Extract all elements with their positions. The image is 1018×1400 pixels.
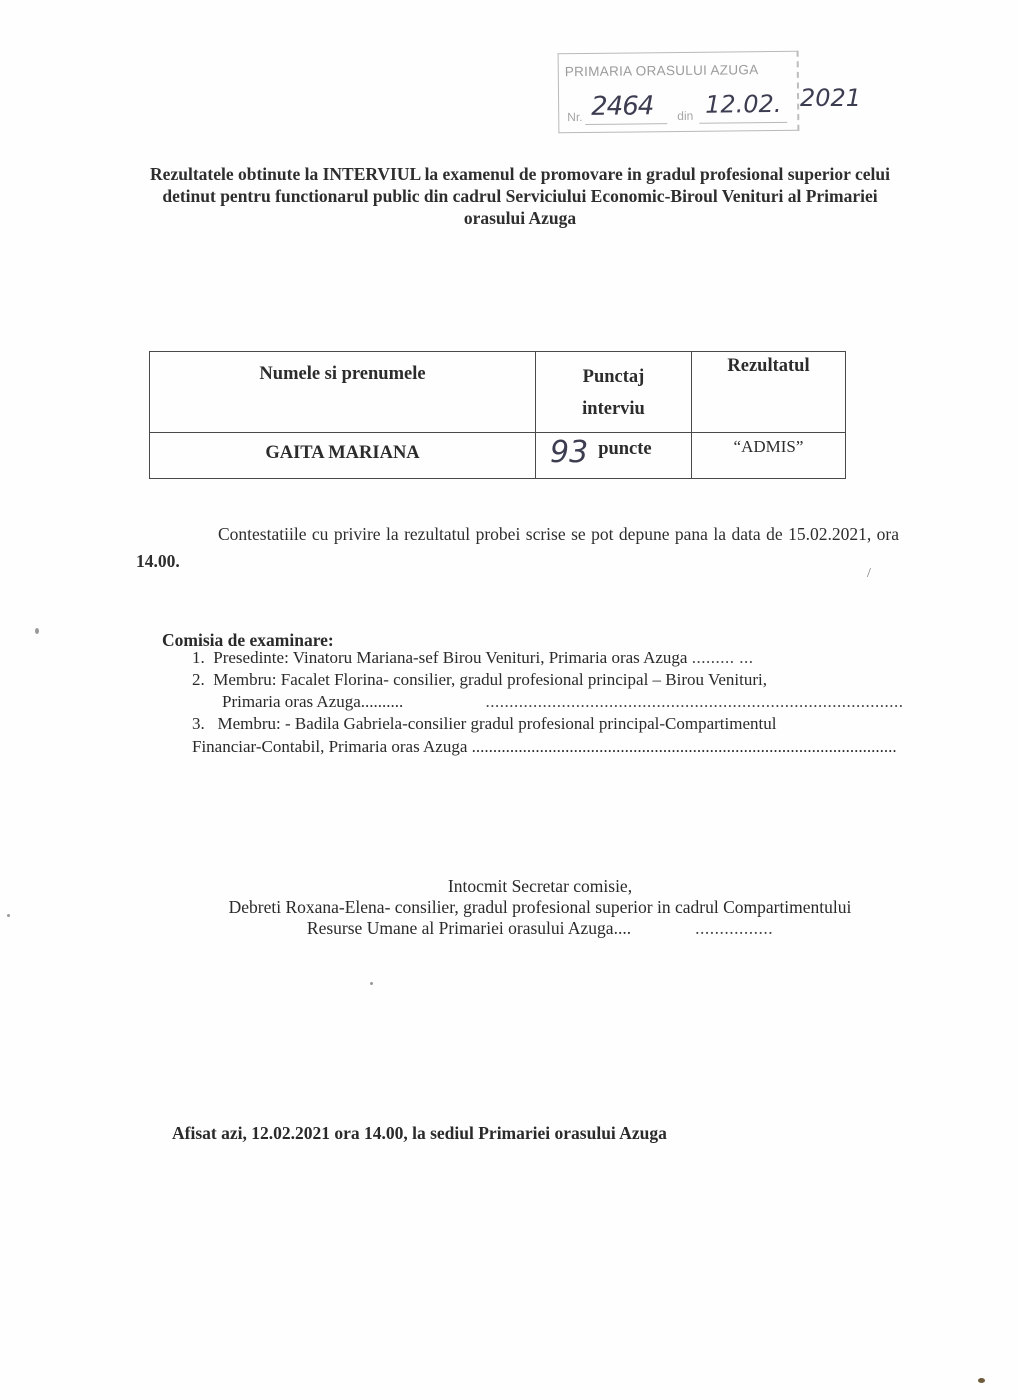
stamp-registration-number: 2464 [591,91,653,122]
stamp-registration-date: 12.02. [705,90,782,119]
cell-score: 93puncte [536,433,692,479]
commission-member-3-cont: Financiar-Contabil, Primaria oras Azuga … [192,737,897,757]
handwritten-score: 93 [550,435,588,470]
scan-speck [35,628,39,634]
registration-stamp: PRIMARIA ORASULUI AZUGA Nr. 2464 din 12.… [558,51,800,134]
scan-speck [7,914,10,917]
header-result: Rezultatul [692,352,846,433]
results-table: Numele si prenumele Punctajinterviu Rezu… [149,351,846,479]
stamp-nr-underline [585,123,667,125]
table-header-row: Numele si prenumele Punctajinterviu Rezu… [150,352,846,433]
appeals-paragraph: Contestatiile cu privire la rezultatul p… [136,521,899,575]
header-score: Punctajinterviu [536,352,692,433]
table-row: GAITA MARIANA 93puncte “ADMIS” [150,433,846,479]
commission-member-1: 1. Presedinte: Vinatoru Mariana-sef Biro… [192,648,753,668]
stray-mark: / [867,566,871,582]
commission-member-3: 3. Membru: - Badila Gabriela-consilier g… [192,714,776,734]
secretary-department: Resurse Umane al Primariei orasului Azug… [160,918,920,939]
commission-member-2: 2. Membru: Facalet Florina- consilier, g… [192,670,902,690]
commission-member-2-cont: Primaria oras Azuga.......... ..........… [222,692,904,712]
document-title: Rezultatele obtinute la INTERVIUL la exa… [140,163,900,229]
header-name: Numele si prenumele [150,352,536,433]
stamp-registration-year: 2021 [800,84,861,112]
stamp-din-label: din [677,109,693,123]
cell-result: “ADMIS” [692,433,846,479]
scan-speck [978,1378,985,1383]
cell-name: GAITA MARIANA [150,433,536,479]
stamp-institution: PRIMARIA ORASULUI AZUGA [565,62,759,79]
secretary-name: Debreti Roxana-Elena- consilier, gradul … [160,897,920,918]
secretary-heading: Intocmit Secretar comisie, [160,876,920,897]
secretary-section: Intocmit Secretar comisie, Debreti Roxan… [160,876,920,939]
stamp-nr-label: Nr. [567,110,582,124]
scan-speck [370,982,373,985]
stamp-date-underline [699,122,787,124]
posted-notice: Afisat azi, 12.02.2021 ora 14.00, la sed… [172,1123,667,1144]
